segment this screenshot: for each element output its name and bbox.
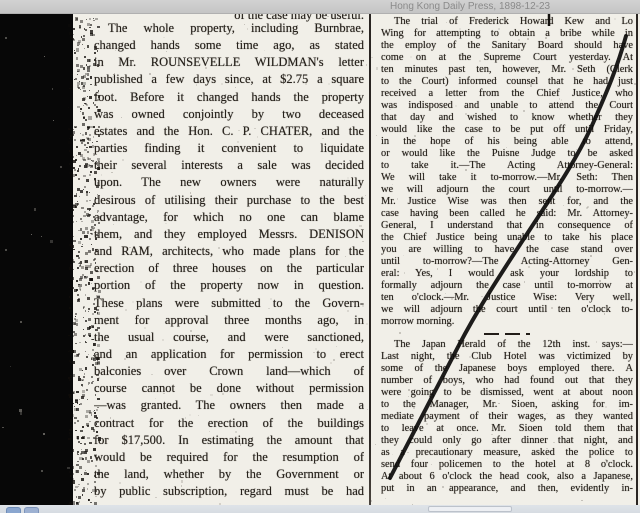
text-line: would be required for the resumption of (94, 449, 364, 466)
text-line: their several interests a sale was decid… (94, 157, 364, 174)
text-line: some of the Japanese boys employed there… (381, 363, 633, 375)
bottom-edge-strip (0, 505, 640, 513)
text-line: put in an appearance, and then, evidentl… (381, 483, 633, 495)
text-line: mediate payment of their wages, as they … (381, 411, 633, 423)
text-line: to the Court) informed counsel that he h… (381, 76, 633, 88)
text-line: for $17,500. In estimating the amount th… (94, 432, 364, 449)
text-line: case having been called he said: Mr. Att… (381, 208, 633, 220)
text-line: received a letter from the Chief Justice… (381, 88, 633, 100)
text-line: to take it.—The Acting Attorney-General: (381, 160, 633, 172)
app-icon-stub[interactable] (6, 507, 21, 513)
column-divider-rule (369, 14, 371, 505)
text-line: ment for approval three months ago, in (94, 312, 364, 329)
left-column-text: The whole property, including Burnbrae,c… (94, 20, 364, 500)
page-right-rule (636, 14, 638, 505)
text-line: as a precautionary measure, asked the po… (381, 447, 633, 459)
right-column: The trial of Frederick Howard Kew and Lo… (381, 16, 633, 495)
court-article-text: The trial of Frederick Howard Kew and Lo… (381, 16, 633, 328)
text-line: you are willing to have the case stand o… (381, 244, 633, 256)
text-line: number of boys, who had found out that t… (381, 375, 633, 387)
text-line: We will take it to-morrow.—Mr. Seth: The… (381, 172, 633, 184)
text-line: to leave at once. Mr. Sioen told them th… (381, 423, 633, 435)
text-line: upon. The new owners were naturally (94, 174, 364, 191)
text-line: These plans were submitted to the Govern… (94, 295, 364, 312)
text-line: The whole property, including Burnbrae, (94, 20, 364, 37)
text-line: we will adjourn the court until to-morro… (381, 184, 633, 196)
scan-gutter-black-band (0, 14, 73, 505)
text-line: estates and the Hon. C. P. CHATER, and t… (94, 123, 364, 140)
text-line: and an application for permission to ere… (94, 346, 364, 363)
text-line: we will adjourn the court until ten o'cl… (381, 304, 633, 316)
text-line: come on at the Supreme Court yesterday. … (381, 52, 633, 64)
text-line: would like the case to be put off until … (381, 124, 633, 136)
text-line: or would like the Puisne Judge to be ask… (381, 148, 633, 160)
article-divider-rule (484, 333, 530, 335)
text-line: were going to be dismissed, went at abou… (381, 387, 633, 399)
text-line: by public subscription, regard must be h… (94, 483, 364, 500)
text-line: Last night, the Club Hotel was victimize… (381, 351, 633, 363)
text-line: the Chief Justice being unable to take h… (381, 232, 633, 244)
scrollbar-thumb-stub[interactable] (428, 506, 512, 512)
text-line: eral: Yes, I would ask your lordship to (381, 268, 633, 280)
text-line: Mr. Justice Wise was then sent for, and … (381, 196, 633, 208)
text-line: The Japan Herald of the 12th inst. says:… (381, 339, 633, 351)
window-title: Hong Kong Daily Press, 1898-12-23 (0, 1, 550, 12)
text-line: was indisposed and unable to attend the … (381, 100, 633, 112)
text-line: them, and they employed Messrs. DENISON (94, 226, 364, 243)
text-line: Wing for attempting to obtain a bribe wh… (381, 28, 633, 40)
text-line: that day and wished to know whether they (381, 112, 633, 124)
text-line: morrow morning. (381, 316, 633, 328)
text-line: published a few days since, at $2.75 a s… (94, 71, 364, 88)
text-line: portion of the property now in question. (94, 277, 364, 294)
text-line: and RAM, architects, who made plans for … (94, 243, 364, 260)
text-line: The trial of Frederick Howard Kew and Lo (381, 16, 633, 28)
app-icon-stub[interactable] (24, 507, 39, 513)
text-line: changed hands some time ago, as stated (94, 37, 364, 54)
text-line: in Mr. ROUNSEVELLE WILDMAN's letter (94, 54, 364, 71)
text-line: —was granted. The owners then made a (94, 397, 364, 414)
text-line: General, I understand that in consequenc… (381, 220, 633, 232)
text-line: course cannot be done without permission (94, 380, 364, 397)
window-titlebar: Hong Kong Daily Press, 1898-12-23 (0, 0, 640, 14)
newspaper-scan: of the case may be useful. The whole pro… (0, 14, 640, 505)
text-line: advantage, for which no one can blame (94, 209, 364, 226)
text-line: the usual course, and were sanctioned, (94, 329, 364, 346)
text-line: the employ of the Sanitary Board should … (381, 40, 633, 52)
japan-herald-article-text: The Japan Herald of the 12th inst. says:… (381, 339, 633, 495)
text-line: ten minutes past ten, however, Mr. Seth … (381, 64, 633, 76)
left-column: The whole property, including Burnbrae,c… (94, 20, 364, 500)
text-line: At about 6 o'clock the head cook, also a… (381, 471, 633, 483)
text-line: erection of three houses on the particul… (94, 260, 364, 277)
text-line: desirous of utilising their purchase to … (94, 192, 364, 209)
text-line: balconies over Crown land—which of (94, 363, 364, 380)
text-line: foot. Before it changed hands the proper… (94, 89, 364, 106)
text-line: in the hope of his being able to attend, (381, 136, 633, 148)
text-line: was owned conjointly by two deceased (94, 106, 364, 123)
text-line: to the Manager, Mr. Sioen, asking for im… (381, 399, 633, 411)
text-line: parties finding it convenient to liquida… (94, 140, 364, 157)
text-line: formally adjourn the case until to-morro… (381, 280, 633, 292)
text-line: send four policemen to the hotel at 8 o'… (381, 459, 633, 471)
text-line: ten o'clock.—Mr. Justice Wise: Very well… (381, 292, 633, 304)
text-line: they could only go after dinner that nig… (381, 435, 633, 447)
text-line: the land, whether by the Government or (94, 466, 364, 483)
text-line: until to-morrow?—The Acting-Attorney Gen… (381, 256, 633, 268)
text-line: contract for the erection of the buildin… (94, 415, 364, 432)
